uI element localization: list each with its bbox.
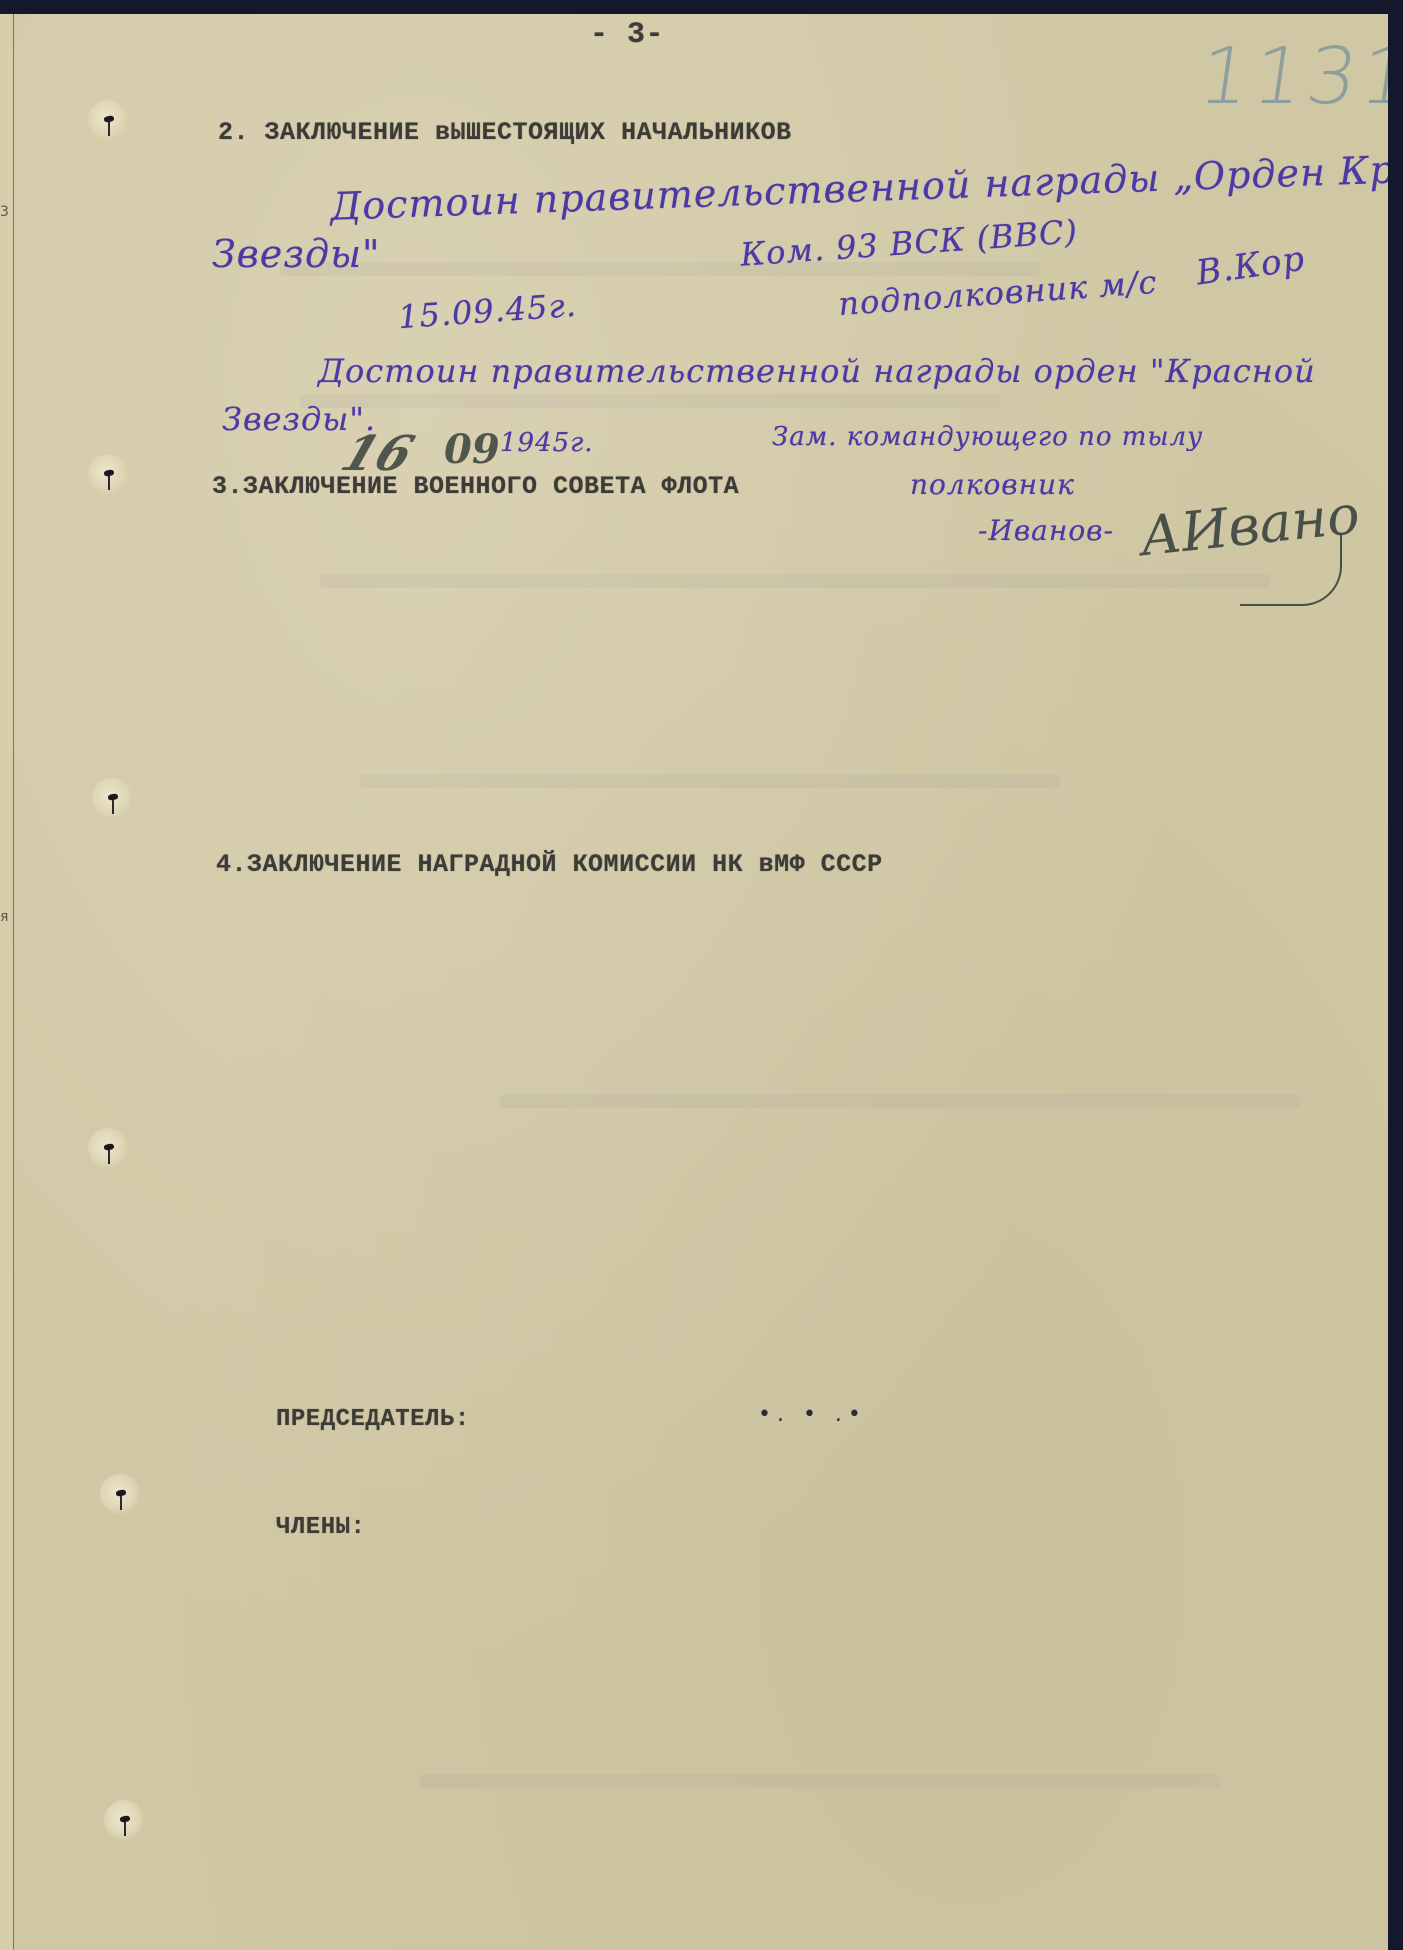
section-2b-recommendation-line1: Достоин правительственной награды орден …: [318, 352, 1316, 390]
show-through-text: [320, 574, 1270, 588]
punch-hole: [88, 454, 128, 494]
punch-hole: [88, 100, 128, 140]
show-through-text: [500, 1094, 1300, 1108]
show-through-text: [300, 394, 1000, 408]
punch-hole: [88, 1128, 128, 1168]
section-2b-date-year: 1945г.: [500, 428, 594, 458]
section-2b-signer-name: -Иванов-: [978, 514, 1114, 547]
section-2-signer-signature: В.Кор: [1194, 239, 1308, 294]
section-3-heading: 3.ЗАКЛЮЧЕНИЕ ВОЕННОГО СОВЕТА ФЛОТА: [212, 472, 739, 501]
section-4-heading: 4.ЗАКЛЮЧЕНИЕ НАГРАДНОЙ КОМИССИИ НК вМФ С…: [216, 850, 883, 879]
members-label: ЧЛЕНЫ:: [276, 1514, 365, 1541]
binding-mark: я: [0, 909, 8, 925]
chairman-label: ПРЕДСЕДАТЕЛЬ:: [276, 1406, 470, 1433]
section-2-recommendation-line1: Достоин правительственной награды „Орден…: [330, 143, 1388, 228]
punch-hole: [104, 1800, 144, 1840]
ink-dots: •. • .•: [758, 1402, 867, 1427]
show-through-text: [280, 262, 1040, 276]
show-through-text: [420, 1774, 1220, 1788]
section-2b-date-month: 09: [444, 426, 500, 473]
section-2b-signer-rank: полковник: [910, 468, 1075, 501]
section-2-recommendation-line2: Звезды": [212, 232, 381, 276]
punch-hole: [92, 778, 132, 818]
document-page: 3 я - 3- 1131 2. ЗАКЛЮЧЕНИЕ вЫШЕСТОЯЩИХ …: [0, 14, 1388, 1950]
folio-number: 1131: [1194, 32, 1388, 122]
page-number: - 3-: [590, 18, 664, 52]
binding-strip: [0, 14, 14, 1950]
section-2-heading: 2. ЗАКЛЮЧЕНИЕ вЫШЕСТОЯЩИХ НАЧАЛЬНИКОВ: [218, 118, 792, 147]
section-2-date: 15.09.45г.: [397, 286, 578, 336]
section-2b-signer-title: Зам. командующего по тылу: [772, 422, 1203, 452]
show-through-text: [360, 774, 1060, 788]
signature-flourish: [1240, 534, 1342, 606]
binding-mark: 3: [0, 204, 9, 220]
punch-hole: [100, 1474, 140, 1514]
